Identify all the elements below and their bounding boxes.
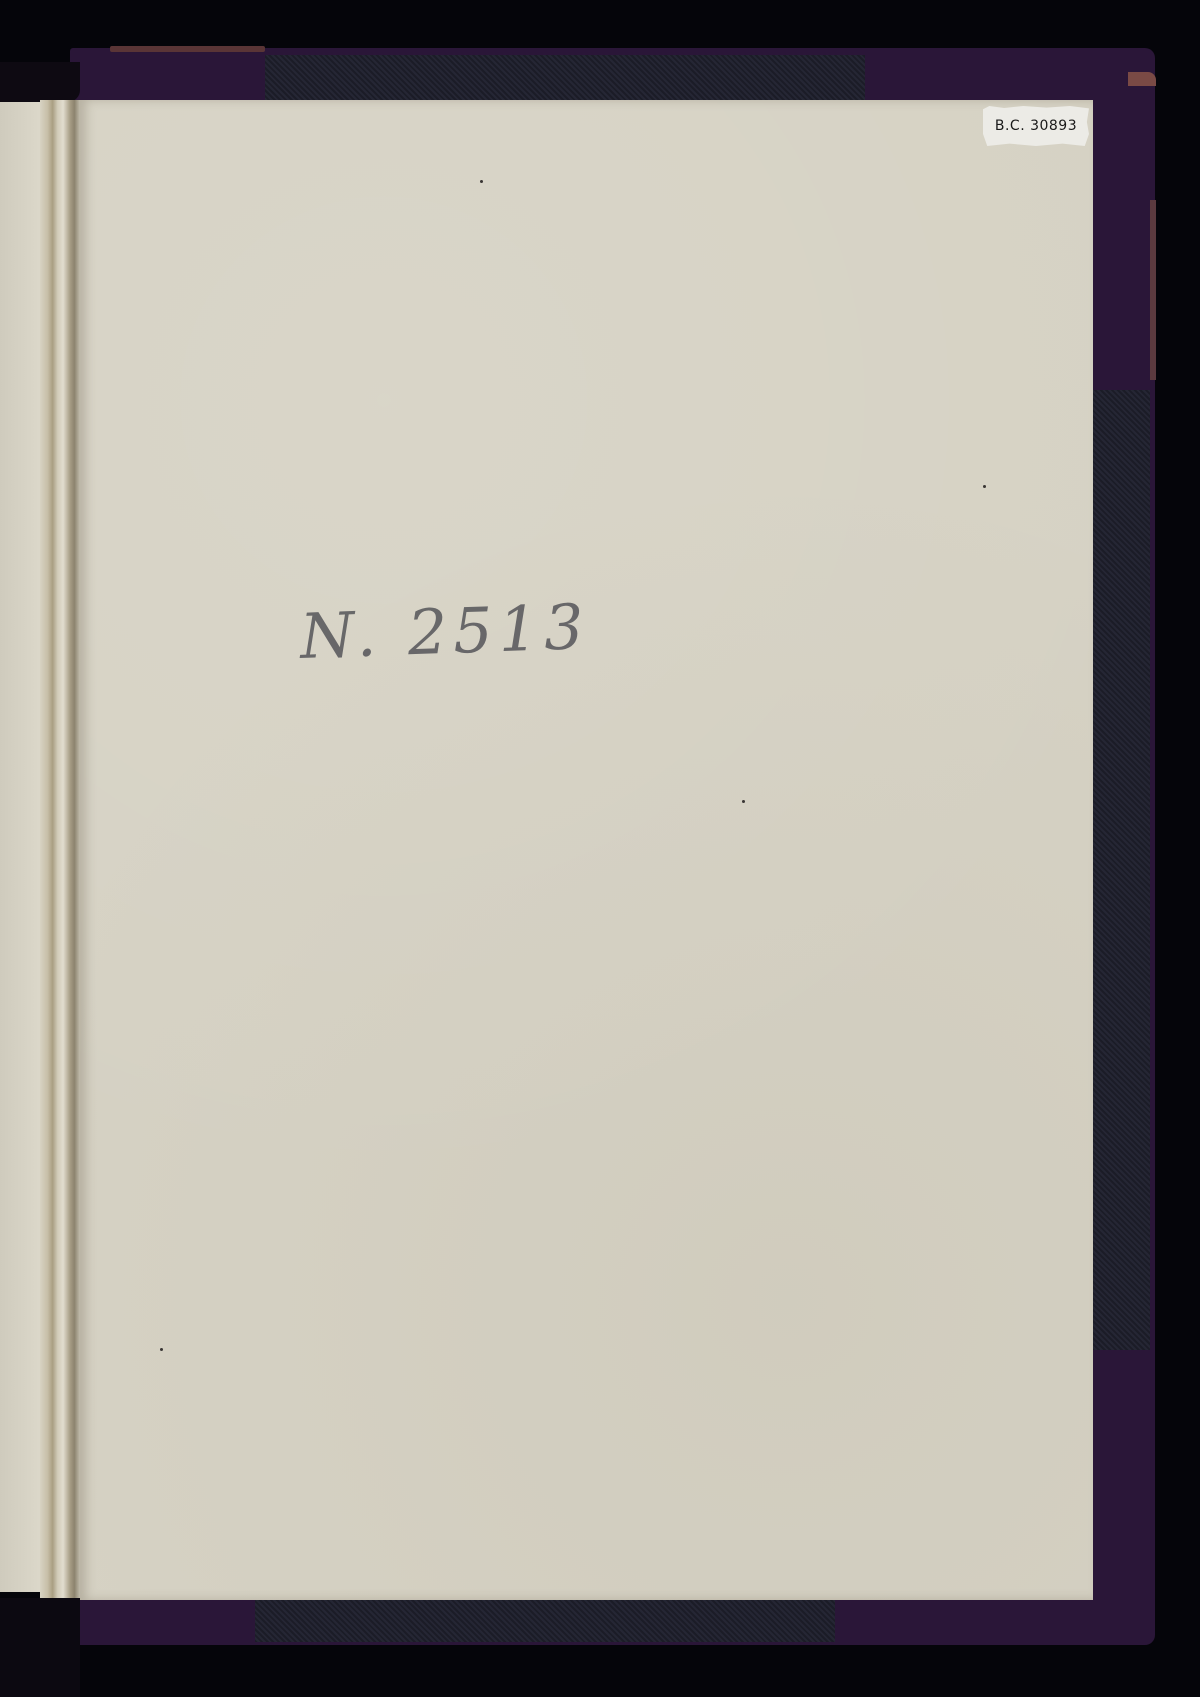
accession-number: B.C. 30893 — [995, 118, 1077, 134]
cover-worn-edge-right — [1150, 200, 1156, 380]
spine-cloth-right — [1092, 390, 1150, 1350]
paper-speck — [480, 180, 483, 183]
spine-cloth-top — [265, 55, 865, 103]
endpaper-page — [80, 100, 1093, 1600]
paper-speck — [983, 485, 986, 488]
paper-speck — [160, 1348, 163, 1351]
cover-worn-edge-top — [110, 46, 265, 52]
paper-speck — [742, 800, 745, 803]
verso-page-edge — [0, 92, 42, 1592]
gutter-shadow-bottom — [0, 1598, 80, 1697]
cover-worn-corner — [1128, 72, 1156, 86]
accession-label: B.C. 30893 — [983, 106, 1089, 146]
book-gutter — [40, 100, 82, 1600]
pencil-shelfmark: N. 2513 — [299, 590, 591, 673]
verso-cover-corner — [0, 62, 80, 102]
spine-cloth-bottom — [255, 1600, 835, 1642]
